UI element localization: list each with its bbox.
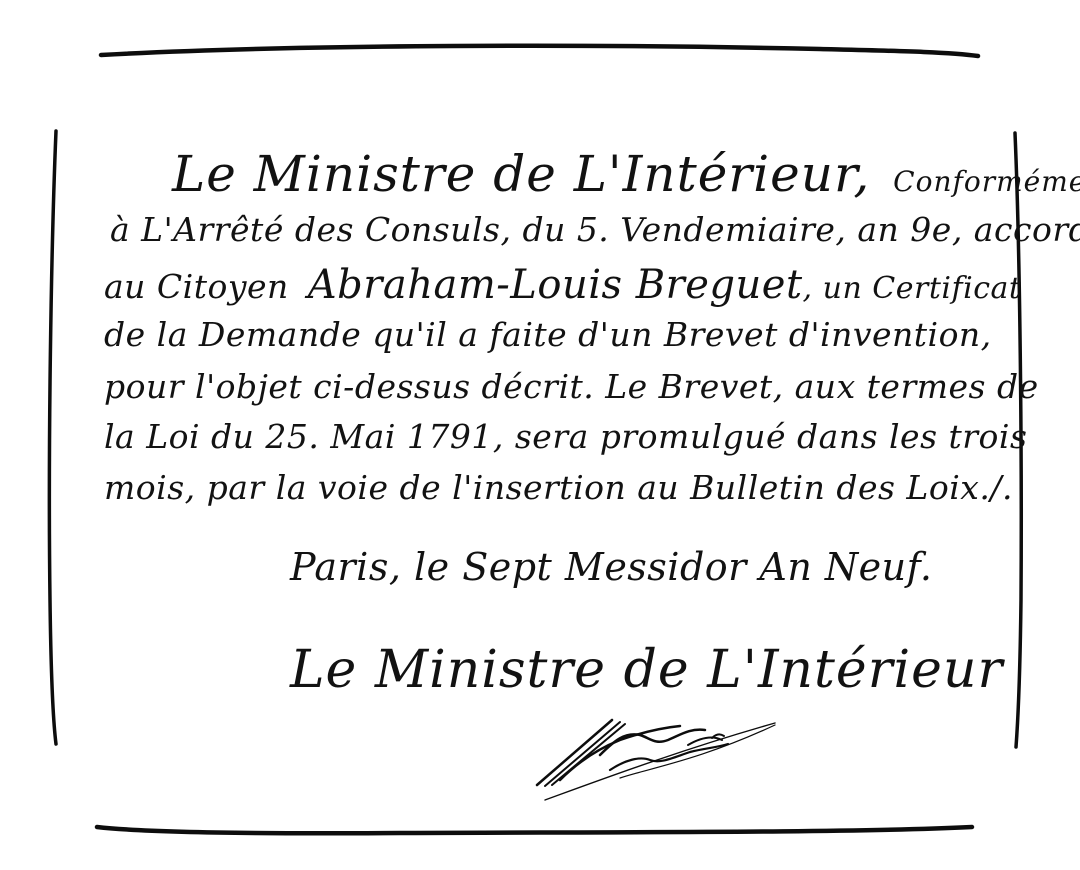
certificate-label: , un Certificat bbox=[803, 271, 1022, 306]
text-line-4: de la Demande qu'il a faite d'un Brevet … bbox=[104, 315, 992, 354]
text-line-5: pour l'objet ci-dessus décrit. Le Brevet… bbox=[104, 367, 1039, 406]
text-line-7: mois, par la voie de l'insertion au Bull… bbox=[104, 468, 1013, 507]
date-place-line: Paris, le Sept Messidor An Neuf. bbox=[290, 545, 932, 589]
certificate-body: Le Ministre de L'Intérieur, Conformément… bbox=[0, 0, 1080, 870]
heading-title: Le Ministre de L'Intérieur, bbox=[172, 145, 870, 203]
heading-tail: Conformément bbox=[893, 165, 1080, 198]
heading-line: Le Ministre de L'Intérieur, Conformément bbox=[172, 145, 1080, 203]
text-line-3: au Citoyen Abraham-Louis Breguet, un Cer… bbox=[104, 262, 1021, 308]
text-line-2: à L'Arrêté des Consuls, du 5. Vendemiair… bbox=[110, 210, 1080, 249]
closing-minister-title: Le Ministre de L'Intérieur bbox=[290, 640, 1003, 700]
text-line-6: la Loi du 25. Mai 1791, sera promulgué d… bbox=[104, 417, 1027, 456]
citizen-label: au Citoyen bbox=[104, 267, 289, 306]
recipient-name: Abraham-Louis Breguet bbox=[308, 262, 803, 308]
